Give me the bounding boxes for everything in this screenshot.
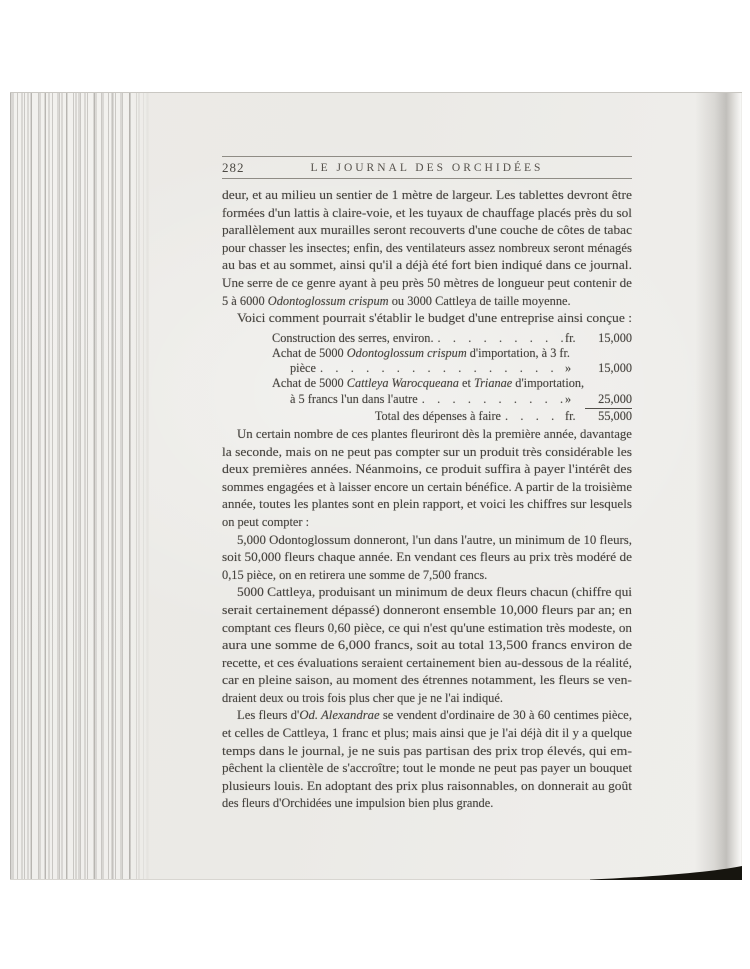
species-name: Odontoglossum crispum xyxy=(347,346,467,360)
text-segment: et celles de Cattleya, 1 franc et plus; … xyxy=(222,726,632,740)
text-line-content: pêchent la clientèle de s'accroître; tou… xyxy=(222,760,632,778)
text-segment: Les fleurs d' xyxy=(237,708,299,722)
text-line-content: des fleurs d'Orchidées une impulsion bie… xyxy=(222,795,493,813)
text-line-content: parallèlement aux murailles seront recou… xyxy=(222,222,632,240)
text-line: on peut compter : xyxy=(222,514,632,532)
text-line-content: 5 à 6000 Odontoglossum crispum ou 3000 C… xyxy=(222,293,571,311)
journal-title: LE JOURNAL DES ORCHIDÉES xyxy=(222,162,632,174)
budget-row: à 5 francs l'un dans l'autre. . . . . . … xyxy=(272,392,632,409)
text-line-content: car en pleine saison, au moment des étre… xyxy=(222,672,632,690)
text-line: 5,000 Odontoglossum donneront, l'un dans… xyxy=(222,532,632,550)
budget-label: à 5 francs l'un dans l'autre xyxy=(290,392,418,407)
text-segment: deux premières années. Néanmoins, ce pro… xyxy=(222,462,632,476)
text-segment: soit 50,000 fleurs chaque année. En vend… xyxy=(222,550,632,564)
text-line-content: 0,15 pièce, on en retirera une somme de … xyxy=(222,567,487,585)
text-segment: Construction des serres, environ. xyxy=(272,331,434,345)
text-line-content: 5000 Cattleya, produisant un minimum de … xyxy=(237,584,632,602)
text-segment: au bas et au sommet, ainsi qu'il a déjà … xyxy=(222,258,632,272)
text-line-content: deur, et au milieu un sentier de 1 mètre… xyxy=(222,187,632,205)
text-line: année, toutes les plantes sont en plein … xyxy=(222,496,632,514)
text-segment: Un certain nombre de ces plantes fleurir… xyxy=(237,427,632,441)
budget-row: Achat de 5000 Cattleya Warocqueana et Tr… xyxy=(272,376,632,391)
text-line: au bas et au sommet, ainsi qu'il a déjà … xyxy=(222,257,632,275)
text-segment: à 5 francs l'un dans l'autre xyxy=(290,392,418,406)
text-segment: la seconde, mais on ne peut pas compter … xyxy=(222,445,632,459)
paragraph: 5000 Cattleya, produisant un minimum de … xyxy=(222,584,632,707)
text-line-content: sommes engagées et à laisser encore un c… xyxy=(222,479,632,497)
dot-leader: . . . . xyxy=(501,409,565,424)
text-line-content: draient deux ou trois fois plus cher que… xyxy=(222,690,503,708)
text-segment: se vendent d'ordinaire de 30 à 60 centim… xyxy=(380,708,632,722)
text-segment: d'importation, xyxy=(512,376,584,390)
text-line: des fleurs d'Orchidées une impulsion bie… xyxy=(222,795,632,813)
budget-label: Achat de 5000 Odontoglossum crispum d'im… xyxy=(272,346,570,361)
text-line: soit 50,000 fleurs chaque année. En vend… xyxy=(222,549,632,567)
budget-row: Construction des serres, environ.. . . .… xyxy=(272,331,632,346)
budget-label: Achat de 5000 Cattleya Warocqueana et Tr… xyxy=(272,376,584,391)
page-edge-shadow xyxy=(695,93,741,879)
text-segment: sommes engagées et à laisser encore un c… xyxy=(222,480,632,494)
text-line: Les fleurs d'Od. Alexandrae se vendent d… xyxy=(222,707,632,725)
budget-label: Total des dépenses à faire xyxy=(375,409,501,424)
text-segment: temps dans le journal, je ne suis pas pa… xyxy=(222,744,632,758)
text-segment: comptant ces fleurs 0,60 pièce, ce qui n… xyxy=(222,621,632,635)
budget-row: Total des dépenses à faire. . . .fr.55,0… xyxy=(272,409,632,424)
text-line-content: recette, et ces évaluations seraient cer… xyxy=(222,655,632,673)
budget-row: pièce. . . . . . . . . . . . . . . .»15,… xyxy=(272,361,632,376)
text-segment: 5,000 Odontoglossum donneront, l'un dans… xyxy=(237,533,632,547)
text-line: pour chasser les insectes; enfin, des ve… xyxy=(222,240,632,258)
text-segment: plusieurs louis. En adoptant des prix pl… xyxy=(222,779,632,793)
text-segment: ou 3000 Cattleya de taille moyenne. xyxy=(389,294,571,308)
amount: 55,000 xyxy=(585,409,632,424)
text-line: car en pleine saison, au moment des étre… xyxy=(222,672,632,690)
text-segment: 5 à 6000 xyxy=(222,294,268,308)
text-segment: car en pleine saison, au moment des étre… xyxy=(222,673,632,687)
page-number: 282 xyxy=(222,160,245,176)
text-line-content: formées d'un lattis à claire-voie, et le… xyxy=(222,205,632,223)
paragraph: Voici comment pourrait s'établir le budg… xyxy=(222,310,632,328)
text-segment: pour chasser les insectes; enfin, des ve… xyxy=(222,241,632,255)
text-line-content: comptant ces fleurs 0,60 pièce, ce qui n… xyxy=(222,620,632,638)
text-line: deux premières années. Néanmoins, ce pro… xyxy=(222,461,632,479)
text-line-content: Les fleurs d'Od. Alexandrae se vendent d… xyxy=(237,707,632,725)
text-line-content: plusieurs louis. En adoptant des prix pl… xyxy=(222,778,632,796)
text-line: deur, et au milieu un sentier de 1 mètre… xyxy=(222,187,632,205)
species-name: Od. Alexandrae xyxy=(299,708,379,722)
text-line: Voici comment pourrait s'établir le budg… xyxy=(222,310,632,328)
text-line-content: Un certain nombre de ces plantes fleurir… xyxy=(237,426,632,444)
text-segment: parallèlement aux murailles seront recou… xyxy=(222,223,632,237)
text-line: 0,15 pièce, on en retirera une somme de … xyxy=(222,567,632,585)
text-line: et celles de Cattleya, 1 franc et plus; … xyxy=(222,725,632,743)
text-line: draient deux ou trois fois plus cher que… xyxy=(222,690,632,708)
species-name: Trianae xyxy=(474,376,512,390)
text-line-content: pour chasser les insectes; enfin, des ve… xyxy=(222,240,632,258)
text-segment: serait certainement dépassé) donneront e… xyxy=(222,603,632,617)
text-line-content: Une serre de ce genre ayant à peu près 5… xyxy=(222,275,632,293)
text-line: aura une somme de 6,000 francs, soit au … xyxy=(222,637,632,655)
currency-mark: » xyxy=(565,361,585,376)
text-segment: aura une somme de 6,000 francs, soit au … xyxy=(222,638,632,652)
text-line: 5 à 6000 Odontoglossum crispum ou 3000 C… xyxy=(222,293,632,311)
text-line-content: Voici comment pourrait s'établir le budg… xyxy=(237,310,632,328)
text-line-content: soit 50,000 fleurs chaque année. En vend… xyxy=(222,549,632,567)
page-header: 282 LE JOURNAL DES ORCHIDÉES xyxy=(222,157,632,178)
text-line: recette, et ces évaluations seraient cer… xyxy=(222,655,632,673)
text-line: parallèlement aux murailles seront recou… xyxy=(222,222,632,240)
amount: 25,000 xyxy=(585,392,632,409)
text-segment: Voici comment pourrait s'établir le budg… xyxy=(237,311,632,325)
page-corner-shadow xyxy=(590,865,742,880)
scanned-page: 282 LE JOURNAL DES ORCHIDÉES deur, et au… xyxy=(10,92,742,880)
paragraph: deur, et au milieu un sentier de 1 mètre… xyxy=(222,187,632,310)
text-line: 5000 Cattleya, produisant un minimum de … xyxy=(222,584,632,602)
text-segment: pêchent la clientèle de s'accroître; tou… xyxy=(222,761,632,775)
budget-table: Construction des serres, environ.. . . .… xyxy=(272,331,632,424)
amount: 15,000 xyxy=(585,331,632,346)
text-segment: pièce xyxy=(290,361,316,375)
text-segment: année, toutes les plantes sont en plein … xyxy=(222,497,632,511)
text-segment: formées d'un lattis à claire-voie, et le… xyxy=(222,206,632,220)
text-line: pêchent la clientèle de s'accroître; tou… xyxy=(222,760,632,778)
text-segment: 0,15 pièce, on en retirera une somme de … xyxy=(222,568,487,582)
text-line-content: serait certainement dépassé) donneront e… xyxy=(222,602,632,620)
dot-leader: . . . . . . . . . . . . . xyxy=(434,331,565,346)
text-segment: on peut compter : xyxy=(222,515,309,529)
text-segment: des fleurs d'Orchidées une impulsion bie… xyxy=(222,796,493,810)
amount: 15,000 xyxy=(585,361,632,376)
page-content: 282 LE JOURNAL DES ORCHIDÉES deur, et au… xyxy=(222,156,632,813)
budget-label: pièce xyxy=(290,361,316,376)
text-segment: Total des dépenses à faire xyxy=(375,409,501,423)
text-line-content: on peut compter : xyxy=(222,514,309,532)
text-line: la seconde, mais on ne peut pas compter … xyxy=(222,444,632,462)
page-body: deur, et au milieu un sentier de 1 mètre… xyxy=(222,187,632,813)
text-segment: draient deux ou trois fois plus cher que… xyxy=(222,691,503,705)
budget-label: Construction des serres, environ. xyxy=(272,331,434,346)
species-name: Cattleya Warocqueana xyxy=(347,376,459,390)
currency-mark: » xyxy=(565,392,585,407)
text-line: Une serre de ce genre ayant à peu près 5… xyxy=(222,275,632,293)
text-line: serait certainement dépassé) donneront e… xyxy=(222,602,632,620)
dot-leader: . . . . . . . . . . . xyxy=(418,392,565,407)
text-line: Un certain nombre de ces plantes fleurir… xyxy=(222,426,632,444)
text-segment: Achat de 5000 xyxy=(272,346,347,360)
currency-mark: fr. xyxy=(565,331,585,346)
text-line-content: temps dans le journal, je ne suis pas pa… xyxy=(222,743,632,761)
currency-mark: fr. xyxy=(565,409,585,424)
text-segment: d'importation, à 3 fr. xyxy=(467,346,570,360)
text-segment: 5000 Cattleya, produisant un minimum de … xyxy=(237,585,632,599)
paragraph: Un certain nombre de ces plantes fleurir… xyxy=(222,426,632,532)
paragraph: Les fleurs d'Od. Alexandrae se vendent d… xyxy=(222,707,632,813)
text-segment: deur, et au milieu un sentier de 1 mètre… xyxy=(222,188,632,202)
text-line: plusieurs louis. En adoptant des prix pl… xyxy=(222,778,632,796)
text-line-content: 5,000 Odontoglossum donneront, l'un dans… xyxy=(237,532,632,550)
text-segment: et xyxy=(459,376,474,390)
text-segment: Achat de 5000 xyxy=(272,376,347,390)
header-rule-bottom xyxy=(222,178,632,179)
text-segment: Une serre de ce genre ayant à peu près 5… xyxy=(222,276,632,290)
text-line: formées d'un lattis à claire-voie, et le… xyxy=(222,205,632,223)
species-name: Odontoglossum crispum xyxy=(268,294,389,308)
text-line-content: la seconde, mais on ne peut pas compter … xyxy=(222,444,632,462)
text-line-content: et celles de Cattleya, 1 franc et plus; … xyxy=(222,725,632,743)
text-segment: recette, et ces évaluations seraient cer… xyxy=(222,656,632,670)
text-line-content: au bas et au sommet, ainsi qu'il a déjà … xyxy=(222,257,632,275)
text-line: temps dans le journal, je ne suis pas pa… xyxy=(222,743,632,761)
budget-row: Achat de 5000 Odontoglossum crispum d'im… xyxy=(272,346,632,361)
text-line-content: aura une somme de 6,000 francs, soit au … xyxy=(222,637,632,655)
text-line-content: année, toutes les plantes sont en plein … xyxy=(222,496,632,514)
text-line: sommes engagées et à laisser encore un c… xyxy=(222,479,632,497)
paragraph: 5,000 Odontoglossum donneront, l'un dans… xyxy=(222,532,632,585)
text-line-content: deux premières années. Néanmoins, ce pro… xyxy=(222,461,632,479)
dot-leader: . . . . . . . . . . . . . . . . xyxy=(316,361,565,376)
book-binding-pages xyxy=(10,93,149,879)
text-line: comptant ces fleurs 0,60 pièce, ce qui n… xyxy=(222,620,632,638)
